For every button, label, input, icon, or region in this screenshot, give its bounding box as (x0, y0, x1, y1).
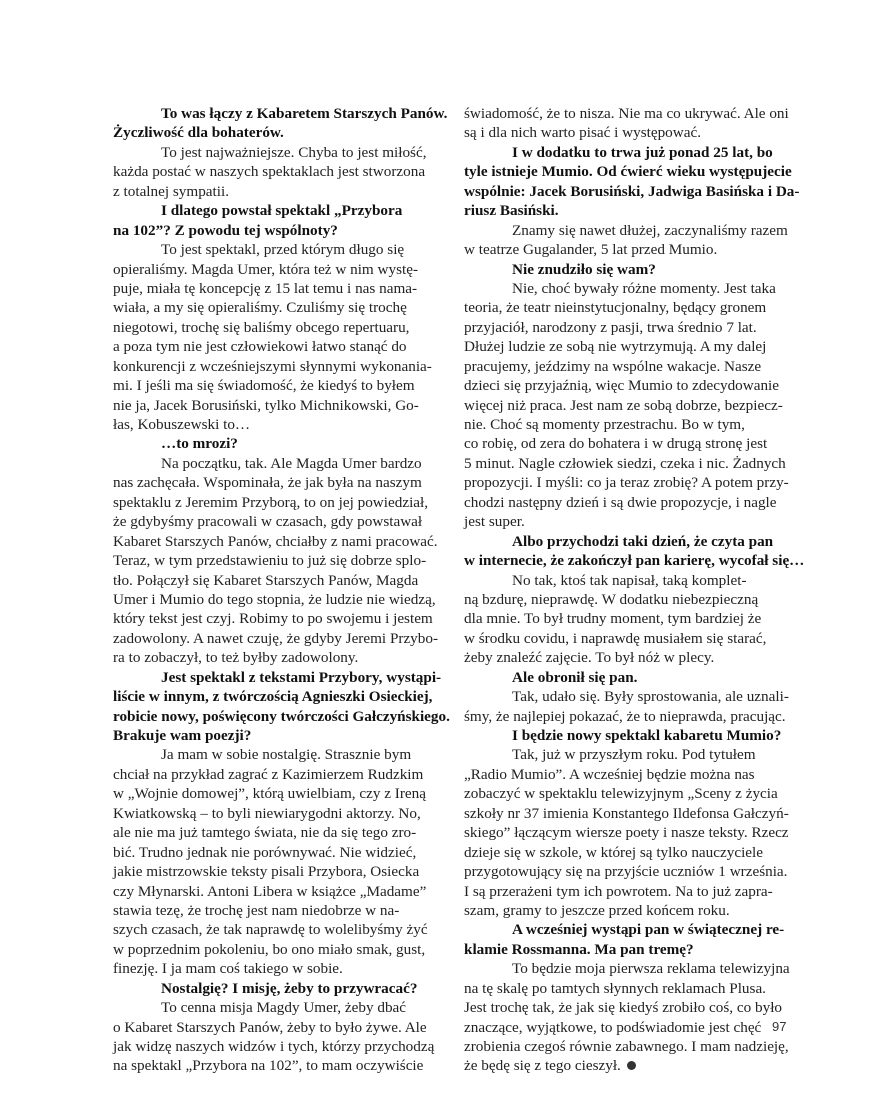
line-text: teoria, że teatr nieinstytucjonalny, będ… (464, 299, 766, 316)
line-text: chciał na przykład zagrać z Kazimierzem … (113, 766, 423, 783)
line-text: przyjaciół, narodzony z pasji, trwa śred… (464, 319, 757, 336)
line-text: szych czasach, że tak naprawdę to woleli… (113, 921, 428, 938)
line-text: liście w innym, z twórczością Agnieszki … (113, 688, 432, 705)
line-text: propozycji. I myśli: co ja teraz zrobię?… (464, 474, 789, 491)
interview-question-line: robicie nowy, poświęcony twórczości Gałc… (113, 707, 435, 726)
answer-text-line: są i dla nich warto pisać i występować. (464, 123, 790, 142)
interview-question-line: w internecie, że zakończył pan karierę, … (464, 551, 790, 570)
answer-text-line: ale nie ma już tamtego świata, nie da si… (113, 823, 435, 842)
line-text: zrobienia czegoś równie zabawnego. I mam… (464, 1038, 789, 1055)
line-text: Tak, już w przyszłym roku. Pod tytułem (512, 746, 756, 763)
line-text: riusz Basiński. (464, 202, 559, 219)
line-text: puje, miała tę koncepcję z 15 lat temu i… (113, 280, 417, 297)
answer-text-line: a poza tym nie jest człowiekowi łatwo st… (113, 337, 435, 356)
answer-text-line: stawia tezę, że trochę jest nam niedobrz… (113, 901, 435, 920)
line-text: który tekst jest czyj. Robimy to po swoj… (113, 610, 433, 627)
line-text: wiała, a my się opieraliśmy. Czuliśmy si… (113, 299, 407, 316)
interview-question-line: I będzie nowy spektakl kabaretu Mumio? (464, 726, 790, 745)
line-text: nie. Choć są momenty przestrachu. Bo w t… (464, 416, 745, 433)
line-text: mi. I jeśli ma się świadomość, że kiedyś… (113, 377, 415, 394)
line-text: nas zachęcała. Wspominała, że jak była n… (113, 474, 422, 491)
interview-question-line: To was łączy z Kabaretem Starszych Panów… (113, 104, 435, 123)
interview-question-line: Brakuje wam poezji? (113, 726, 435, 745)
line-text: ale nie ma już tamtego świata, nie da si… (113, 824, 416, 841)
interview-question-line: A wcześniej wystąpi pan w świątecznej re… (464, 920, 790, 939)
answer-text-line: zrobienia czegoś równie zabawnego. I mam… (464, 1037, 790, 1056)
answer-text-line: Na początku, tak. Ale Magda Umer bardzo (113, 454, 435, 473)
answer-text-line: 5 minut. Nagle człowiek siedzi, czeka i … (464, 454, 790, 473)
answer-text-line: że będę się z tego cieszył. (464, 1056, 790, 1075)
line-text: że będę się z tego cieszył. (464, 1057, 621, 1074)
line-text: Brakuje wam poezji? (113, 727, 251, 744)
line-text: konkurencji z wcześniejszymi słynnymi wy… (113, 358, 432, 375)
answer-text-line: dzieci się przyjaźnią, więc Mumio to zde… (464, 376, 790, 395)
answer-text-line: śmy, że najlepiej pokazać, że to niepraw… (464, 707, 790, 726)
line-text: a poza tym nie jest człowiekowi łatwo st… (113, 338, 407, 355)
line-text: tyle istnieje Mumio. Od ćwierć wieku wys… (464, 163, 792, 180)
answer-text-line: To jest najważniejsze. Chyba to jest mił… (113, 143, 435, 162)
answer-text-line: chodzi następny dzień i są dwie propozyc… (464, 493, 790, 512)
line-text: klamie Rossmanna. Ma pan tremę? (464, 941, 694, 958)
answer-text-line: w teatrze Gugalander, 5 lat przed Mumio. (464, 240, 790, 259)
line-text: Znamy się nawet dłużej, zaczynaliśmy raz… (512, 222, 788, 239)
answer-text-line: Umer i Mumio do tego stopnia, że ludzie … (113, 590, 435, 609)
left-text-column: To was łączy z Kabaretem Starszych Panów… (113, 104, 435, 1076)
line-text: To jest najważniejsze. Chyba to jest mił… (161, 144, 427, 161)
line-text: szkoły nr 37 imienia Konstantego Ildefon… (464, 805, 789, 822)
line-text: Tak, udało się. Były sprostowania, ale u… (512, 688, 789, 705)
line-text: …to mrozi? (161, 435, 238, 452)
line-text: przygotowujący się na przyjście uczniów … (464, 863, 787, 880)
answer-text-line: I są przerażeni tym ich powrotem. Na to … (464, 882, 790, 901)
line-text: żeby znaleźć zajęcie. To był nóż w plecy… (464, 649, 714, 666)
answer-text-line: dla mnie. To był trudny moment, tym bard… (464, 609, 790, 628)
answer-text-line: propozycji. I myśli: co ja teraz zrobię?… (464, 473, 790, 492)
answer-text-line: spektaklu z Jeremim Przyborą, to on jej … (113, 493, 435, 512)
answer-text-line: chciał na przykład zagrać z Kazimierzem … (113, 765, 435, 784)
line-text: nie ja, Jacek Borusiński, tylko Michniko… (113, 397, 419, 414)
answer-text-line: czy Młynarski. Antoni Libera w książce „… (113, 882, 435, 901)
line-text: Życzliwość dla bohaterów. (113, 124, 284, 141)
interview-question-line: Nie znudziło się wam? (464, 260, 790, 279)
answer-text-line: dzieje się w szkole, w której są tylko n… (464, 843, 790, 862)
interview-question-line: liście w innym, z twórczością Agnieszki … (113, 687, 435, 706)
answer-text-line: To jest spektakl, przed którym długo się (113, 240, 435, 259)
line-text: zobaczyć w spektaklu telewizyjnym „Sceny… (464, 785, 778, 802)
magazine-page: To was łączy z Kabaretem Starszych Panów… (0, 0, 871, 1117)
line-text: że gdybyśmy pracowali w czasach, gdy pow… (113, 513, 422, 530)
answer-text-line: że gdybyśmy pracowali w czasach, gdy pow… (113, 512, 435, 531)
line-text: bić. Trudno jednak nie porównywać. Nie w… (113, 844, 416, 861)
line-text: Dłużej ludzie ze sobą nie wytrzymują. A … (464, 338, 766, 355)
line-text: Albo przychodzi taki dzień, że czyta pan (512, 533, 773, 550)
interview-question-line: Jest spektakl z tekstami Przybory, wystą… (113, 668, 435, 687)
line-text: są i dla nich warto pisać i występować. (464, 124, 701, 141)
interview-question-line: Życzliwość dla bohaterów. (113, 123, 435, 142)
answer-text-line: wiała, a my się opieraliśmy. Czuliśmy si… (113, 298, 435, 317)
line-text: jest super. (464, 513, 525, 530)
line-text: w poprzednim pokoleniu, bo ono miało sma… (113, 941, 425, 958)
line-text: Ja mam w sobie nostalgię. Strasznie bym (161, 746, 411, 763)
interview-question-line: tyle istnieje Mumio. Od ćwierć wieku wys… (464, 162, 790, 181)
answer-text-line: mi. I jeśli ma się świadomość, że kiedyś… (113, 376, 435, 395)
line-text: finezję. I ja mam coś takiego w sobie. (113, 960, 343, 977)
answer-text-line: żeby znaleźć zajęcie. To był nóż w plecy… (464, 648, 790, 667)
answer-text-line: jak widzę naszych widzów i tych, którzy … (113, 1037, 435, 1056)
line-text: Jest trochę tak, że jak się kiedyś zrobi… (464, 999, 782, 1016)
line-text: stawia tezę, że trochę jest nam niedobrz… (113, 902, 399, 919)
answer-text-line: opieraliśmy. Magda Umer, która też w nim… (113, 260, 435, 279)
line-text: To was łączy z Kabaretem Starszych Panów… (161, 105, 447, 122)
answer-text-line: jakie mistrzowskie teksty pisali Przybor… (113, 862, 435, 881)
answer-text-line: No tak, ktoś tak napisał, taką komplet- (464, 571, 790, 590)
interview-question-line: klamie Rossmanna. Ma pan tremę? (464, 940, 790, 959)
answer-text-line: znaczące, wyjątkowe, to podświadomie jes… (464, 1018, 790, 1037)
line-text: dzieje się w szkole, w której są tylko n… (464, 844, 763, 861)
line-text: o Kabaret Starszych Panów, żeby to było … (113, 1019, 427, 1036)
interview-question-line: Nostalgię? I misję, żeby to przywracać? (113, 979, 435, 998)
answer-text-line: przyjaciół, narodzony z pasji, trwa śred… (464, 318, 790, 337)
line-text: No tak, ktoś tak napisał, taką komplet- (512, 572, 747, 589)
line-text: świadomość, że to nisza. Nie ma co ukryw… (464, 105, 789, 122)
line-text: śmy, że najlepiej pokazać, że to niepraw… (464, 708, 786, 725)
answer-text-line: To będzie moja pierwsza reklama telewizy… (464, 959, 790, 978)
interview-question-line: Albo przychodzi taki dzień, że czyta pan (464, 532, 790, 551)
answer-text-line: To cenna misja Magdy Umer, żeby dbać (113, 998, 435, 1017)
answer-text-line: szkoły nr 37 imienia Konstantego Ildefon… (464, 804, 790, 823)
line-text: znaczące, wyjątkowe, to podświadomie jes… (464, 1019, 761, 1036)
answer-text-line: ra to zobaczył, to też byłby zadowolony. (113, 648, 435, 667)
line-text: I są przerażeni tym ich powrotem. Na to … (464, 883, 773, 900)
answer-text-line: Kwiatkowską – to byli niewiarygodni akto… (113, 804, 435, 823)
line-text: Nie, choć bywały różne momenty. Jest tak… (512, 280, 776, 297)
answer-text-line: świadomość, że to nisza. Nie ma co ukryw… (464, 104, 790, 123)
line-text: zadowolony. A nawet czuję, że gdyby Jere… (113, 630, 438, 647)
answer-text-line: przygotowujący się na przyjście uczniów … (464, 862, 790, 881)
line-text: A wcześniej wystąpi pan w świątecznej re… (512, 921, 784, 938)
line-text: na tę skalę po tamtych słynnych reklamac… (464, 980, 766, 997)
answer-text-line: Teraz, w tym przedstawieniu to już się d… (113, 551, 435, 570)
answer-text-line: w poprzednim pokoleniu, bo ono miało sma… (113, 940, 435, 959)
line-text: To będzie moja pierwsza reklama telewizy… (512, 960, 790, 977)
line-text: dla mnie. To był trudny moment, tym bard… (464, 610, 761, 627)
answer-text-line: co robię, od zera do bohatera i w drugą … (464, 434, 790, 453)
answer-text-line: niegotowi, trochę się baliśmy obcego rep… (113, 318, 435, 337)
line-text: wspólnie: Jacek Borusiński, Jadwiga Basi… (464, 183, 799, 200)
interview-question-line: riusz Basiński. (464, 201, 790, 220)
answer-text-line: każda postać w naszych spektaklach jest … (113, 162, 435, 181)
line-text: co robię, od zera do bohatera i w drugą … (464, 435, 767, 452)
line-text: Kwiatkowską – to byli niewiarygodni akto… (113, 805, 421, 822)
answer-text-line: łas, Kobuszewski to… (113, 415, 435, 434)
line-text: łas, Kobuszewski to… (113, 416, 250, 433)
line-text: opieraliśmy. Magda Umer, która też w nim… (113, 261, 418, 278)
line-text: dzieci się przyjaźnią, więc Mumio to zde… (464, 377, 779, 394)
line-text: niegotowi, trochę się baliśmy obcego rep… (113, 319, 409, 336)
line-text: 5 minut. Nagle człowiek siedzi, czeka i … (464, 455, 786, 472)
answer-text-line: skiego” łączącym wiersze poety i nasze t… (464, 823, 790, 842)
line-text: Ale obronił się pan. (512, 669, 637, 686)
line-text: Jest spektakl z tekstami Przybory, wystą… (161, 669, 441, 686)
answer-text-line: Nie, choć bywały różne momenty. Jest tak… (464, 279, 790, 298)
line-text: pracujemy, jeździmy na wspólne wakacje. … (464, 358, 761, 375)
line-text: ną bzdurę, nieprawdę. W dodatku niebezpi… (464, 591, 758, 608)
line-text: na 102”? Z powodu tej wspólnoty? (113, 222, 338, 239)
answer-text-line: Dłużej ludzie ze sobą nie wytrzymują. A … (464, 337, 790, 356)
line-text: każda postać w naszych spektaklach jest … (113, 163, 425, 180)
line-text: więcej niż praca. Jest nam ze sobą dobrz… (464, 397, 783, 414)
answer-text-line: konkurencji z wcześniejszymi słynnymi wy… (113, 357, 435, 376)
line-text: tło. Połączył się Kabaret Starszych Panó… (113, 572, 418, 589)
answer-text-line: Tak, udało się. Były sprostowania, ale u… (464, 687, 790, 706)
answer-text-line: szam, gramy to jeszcze przed końcem roku… (464, 901, 790, 920)
answer-text-line: Znamy się nawet dłużej, zaczynaliśmy raz… (464, 221, 790, 240)
answer-text-line: nie. Choć są momenty przestrachu. Bo w t… (464, 415, 790, 434)
line-text: Umer i Mumio do tego stopnia, że ludzie … (113, 591, 436, 608)
answer-text-line: w środku covidu, i naprawdę musiałem się… (464, 629, 790, 648)
answer-text-line: w „Wojnie domowej”, którą uwielbiam, czy… (113, 784, 435, 803)
answer-text-line: ną bzdurę, nieprawdę. W dodatku niebezpi… (464, 590, 790, 609)
right-text-column: świadomość, że to nisza. Nie ma co ukryw… (464, 104, 790, 1076)
answer-text-line: nie ja, Jacek Borusiński, tylko Michniko… (113, 396, 435, 415)
line-text: Na początku, tak. Ale Magda Umer bardzo (161, 455, 422, 472)
line-text: To cenna misja Magdy Umer, żeby dbać (161, 999, 406, 1016)
line-text: czy Młynarski. Antoni Libera w książce „… (113, 883, 426, 900)
answer-text-line: szych czasach, że tak naprawdę to woleli… (113, 920, 435, 939)
answer-text-line: z totalnej sympatii. (113, 182, 435, 201)
page-number: 97 (772, 1019, 786, 1034)
line-text: jakie mistrzowskie teksty pisali Przybor… (113, 863, 419, 880)
answer-text-line: nas zachęcała. Wspominała, że jak była n… (113, 473, 435, 492)
answer-text-line: jest super. (464, 512, 790, 531)
answer-text-line: Tak, już w przyszłym roku. Pod tytułem (464, 745, 790, 764)
answer-text-line: który tekst jest czyj. Robimy to po swoj… (113, 609, 435, 628)
line-text: na spektakl „Przybora na 102”, to mam oc… (113, 1057, 423, 1074)
answer-text-line: o Kabaret Starszych Panów, żeby to było … (113, 1018, 435, 1037)
line-text: „Radio Mumio”. A wcześniej będzie można … (464, 766, 755, 783)
line-text: Teraz, w tym przedstawieniu to już się d… (113, 552, 426, 569)
interview-question-line: I dlatego powstał spektakl „Przybora (113, 201, 435, 220)
line-text: I w dodatku to trwa już ponad 25 lat, bo (512, 144, 773, 161)
line-text: I będzie nowy spektakl kabaretu Mumio? (512, 727, 781, 744)
interview-question-line: I w dodatku to trwa już ponad 25 lat, bo (464, 143, 790, 162)
answer-text-line: tło. Połączył się Kabaret Starszych Panó… (113, 571, 435, 590)
interview-question-line: wspólnie: Jacek Borusiński, Jadwiga Basi… (464, 182, 790, 201)
line-text: w internecie, że zakończył pan karierę, … (464, 552, 804, 569)
answer-text-line: więcej niż praca. Jest nam ze sobą dobrz… (464, 396, 790, 415)
answer-text-line: na spektakl „Przybora na 102”, to mam oc… (113, 1056, 435, 1075)
answer-text-line: zadowolony. A nawet czuję, że gdyby Jere… (113, 629, 435, 648)
answer-text-line: Kabaret Starszych Panów, chciałby z nami… (113, 532, 435, 551)
line-text: z totalnej sympatii. (113, 183, 229, 200)
answer-text-line: Ja mam w sobie nostalgię. Strasznie bym (113, 745, 435, 764)
line-text: I dlatego powstał spektakl „Przybora (161, 202, 402, 219)
interview-question-line: Ale obronił się pan. (464, 668, 790, 687)
line-text: Kabaret Starszych Panów, chciałby z nami… (113, 533, 438, 550)
answer-text-line: finezję. I ja mam coś takiego w sobie. (113, 959, 435, 978)
line-text: w środku covidu, i naprawdę musiałem się… (464, 630, 766, 647)
line-text: skiego” łączącym wiersze poety i nasze t… (464, 824, 789, 841)
line-text: jak widzę naszych widzów i tych, którzy … (113, 1038, 434, 1055)
line-text: chodzi następny dzień i są dwie propozyc… (464, 494, 777, 511)
answer-text-line: „Radio Mumio”. A wcześniej będzie można … (464, 765, 790, 784)
line-text: spektaklu z Jeremim Przyborą, to on jej … (113, 494, 428, 511)
line-text: ra to zobaczył, to też byłby zadowolony. (113, 649, 358, 666)
line-text: Nostalgię? I misję, żeby to przywracać? (161, 980, 417, 997)
line-text: Nie znudziło się wam? (512, 261, 656, 278)
interview-question-line: …to mrozi? (113, 434, 435, 453)
line-text: To jest spektakl, przed którym długo się (161, 241, 404, 258)
answer-text-line: bić. Trudno jednak nie porównywać. Nie w… (113, 843, 435, 862)
line-text: szam, gramy to jeszcze przed końcem roku… (464, 902, 730, 919)
line-text: w teatrze Gugalander, 5 lat przed Mumio. (464, 241, 717, 258)
interview-question-line: na 102”? Z powodu tej wspólnoty? (113, 221, 435, 240)
end-of-article-mark-icon (627, 1061, 636, 1070)
answer-text-line: na tę skalę po tamtych słynnych reklamac… (464, 979, 790, 998)
answer-text-line: Jest trochę tak, że jak się kiedyś zrobi… (464, 998, 790, 1017)
line-text: robicie nowy, poświęcony twórczości Gałc… (113, 708, 450, 725)
answer-text-line: pracujemy, jeździmy na wspólne wakacje. … (464, 357, 790, 376)
answer-text-line: teoria, że teatr nieinstytucjonalny, będ… (464, 298, 790, 317)
answer-text-line: zobaczyć w spektaklu telewizyjnym „Sceny… (464, 784, 790, 803)
line-text: w „Wojnie domowej”, którą uwielbiam, czy… (113, 785, 426, 802)
answer-text-line: puje, miała tę koncepcję z 15 lat temu i… (113, 279, 435, 298)
